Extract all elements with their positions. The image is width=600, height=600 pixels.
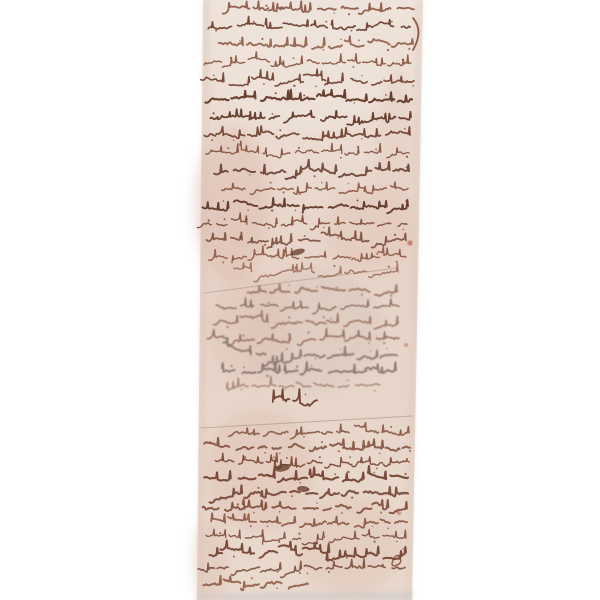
diacritic-dot bbox=[394, 234, 396, 236]
diacritic-dot bbox=[285, 389, 287, 391]
diacritic-dot bbox=[409, 450, 411, 452]
diacritic-dot bbox=[219, 532, 221, 534]
diacritic-dot bbox=[402, 59, 404, 61]
diacritic-dot bbox=[307, 331, 309, 333]
diacritic-dot bbox=[253, 512, 255, 514]
diacritic-dot bbox=[307, 21, 309, 23]
diacritic-dot bbox=[231, 365, 233, 367]
diacritic-dot bbox=[213, 112, 215, 114]
diacritic-dot bbox=[268, 474, 270, 476]
diacritic-dot bbox=[361, 75, 362, 76]
diacritic-dot bbox=[357, 146, 359, 148]
diacritic-dot bbox=[210, 441, 212, 443]
diacritic-dot bbox=[316, 286, 318, 288]
diacritic-dot bbox=[376, 468, 378, 470]
diacritic-dot bbox=[405, 200, 407, 202]
diacritic-dot bbox=[251, 577, 253, 579]
paper-stain bbox=[295, 495, 405, 595]
diacritic-dot bbox=[352, 66, 354, 68]
diacritic-dot bbox=[299, 482, 301, 484]
diacritic-dot bbox=[406, 156, 408, 158]
diacritic-dot bbox=[357, 200, 359, 202]
diacritic-dot bbox=[275, 92, 277, 94]
diacritic-dot bbox=[304, 235, 306, 237]
paper-stain bbox=[220, 8, 390, 132]
diacritic-dot bbox=[288, 333, 290, 335]
diacritic-dot bbox=[249, 174, 250, 175]
diacritic-dot bbox=[288, 284, 290, 286]
diacritic-dot bbox=[412, 85, 414, 87]
rust-spot bbox=[408, 241, 413, 246]
diacritic-dot bbox=[370, 351, 371, 352]
diacritic-dot bbox=[279, 511, 281, 513]
diacritic-dot bbox=[408, 48, 410, 50]
diacritic-dot bbox=[333, 265, 335, 267]
diacritic-dot bbox=[335, 517, 337, 519]
diacritic-dot bbox=[404, 473, 406, 475]
diacritic-dot bbox=[294, 586, 296, 588]
diacritic-dot bbox=[266, 375, 268, 377]
diacritic-dot bbox=[387, 49, 389, 51]
diacritic-dot bbox=[260, 130, 262, 132]
diacritic-dot bbox=[373, 472, 375, 474]
diacritic-dot bbox=[379, 453, 381, 455]
diacritic-dot bbox=[333, 12, 335, 14]
diacritic-dot bbox=[314, 175, 316, 177]
diacritic-dot bbox=[347, 471, 349, 473]
diacritic-dot bbox=[224, 218, 226, 220]
diacritic-dot bbox=[296, 365, 298, 367]
diacritic-dot bbox=[299, 300, 301, 302]
diacritic-dot bbox=[305, 394, 307, 396]
diacritic-dot bbox=[323, 49, 325, 51]
diacritic-dot bbox=[276, 65, 278, 67]
diacritic-dot bbox=[293, 57, 295, 59]
diacritic-dot bbox=[391, 21, 393, 23]
diacritic-dot bbox=[213, 75, 215, 77]
diacritic-dot bbox=[292, 176, 294, 178]
diacritic-dot bbox=[247, 210, 248, 211]
diacritic-dot bbox=[273, 457, 275, 459]
diacritic-dot bbox=[250, 351, 252, 353]
diacritic-dot bbox=[372, 526, 373, 527]
diacritic-dot bbox=[319, 456, 321, 458]
diacritic-dot bbox=[396, 541, 398, 543]
diacritic-dot bbox=[276, 587, 278, 589]
diacritic-dot bbox=[325, 21, 327, 23]
diacritic-dot bbox=[346, 557, 348, 559]
diacritic-dot bbox=[271, 210, 273, 212]
diacritic-dot bbox=[351, 30, 353, 32]
diacritic-dot bbox=[241, 389, 243, 391]
diacritic-dot bbox=[282, 191, 284, 193]
diacritic-dot bbox=[227, 147, 229, 149]
diacritic-dot bbox=[239, 40, 240, 41]
diacritic-dot bbox=[261, 38, 263, 40]
diacritic-dot bbox=[233, 140, 234, 141]
diacritic-dot bbox=[250, 525, 252, 527]
diacritic-dot bbox=[385, 94, 387, 96]
diacritic-dot bbox=[279, 129, 281, 131]
diacritic-dot bbox=[402, 548, 404, 550]
diacritic-dot bbox=[251, 317, 253, 319]
diacritic-dot bbox=[375, 149, 377, 151]
diacritic-dot bbox=[272, 113, 274, 115]
diacritic-dot bbox=[233, 556, 235, 558]
diacritic-dot bbox=[376, 253, 378, 255]
diacritic-dot bbox=[337, 237, 339, 239]
diacritic-dot bbox=[340, 38, 342, 40]
diacritic-dot bbox=[286, 457, 288, 459]
diacritic-dot bbox=[323, 227, 325, 229]
diacritic-dot bbox=[368, 342, 370, 344]
diacritic-dot bbox=[348, 13, 350, 15]
diacritic-dot bbox=[321, 182, 323, 184]
diacritic-dot bbox=[263, 83, 265, 85]
diacritic-dot bbox=[258, 487, 260, 489]
diacritic-dot bbox=[374, 390, 376, 392]
diacritic-dot bbox=[298, 147, 300, 149]
diacritic-dot bbox=[315, 86, 317, 88]
diacritic-dot bbox=[265, 5, 267, 7]
diacritic-dot bbox=[215, 30, 217, 32]
diacritic-dot bbox=[303, 436, 305, 438]
diacritic-dot bbox=[336, 111, 338, 113]
diacritic-dot bbox=[267, 525, 269, 527]
diacritic-dot bbox=[396, 261, 398, 263]
diacritic-dot bbox=[208, 219, 210, 221]
diacritic-dot bbox=[302, 218, 304, 220]
diacritic-dot bbox=[264, 244, 266, 246]
diacritic-dot bbox=[264, 452, 266, 454]
diacritic-dot bbox=[246, 218, 248, 220]
diacritic-dot bbox=[340, 157, 342, 159]
diacritic-dot bbox=[330, 318, 332, 320]
diacritic-dot bbox=[303, 95, 305, 97]
rust-spot bbox=[404, 343, 408, 347]
diacritic-dot bbox=[361, 294, 363, 296]
diacritic-dot bbox=[311, 365, 312, 366]
diacritic-dot bbox=[406, 166, 408, 168]
diacritic-dot bbox=[353, 442, 354, 443]
diacritic-dot bbox=[223, 335, 225, 337]
diacritic-dot bbox=[226, 326, 228, 328]
diacritic-dot bbox=[361, 138, 362, 139]
diacritic-dot bbox=[298, 533, 300, 535]
diacritic-dot bbox=[295, 210, 296, 211]
diacritic-dot bbox=[354, 102, 355, 103]
diacritic-dot bbox=[244, 456, 246, 458]
diacritic-dot bbox=[253, 21, 255, 23]
diacritic-dot bbox=[351, 497, 353, 499]
paper-stain bbox=[192, 518, 228, 600]
diacritic-dot bbox=[316, 542, 318, 544]
diacritic-dot bbox=[299, 572, 301, 574]
diacritic-dot bbox=[358, 39, 360, 41]
diacritic-dot bbox=[403, 229, 405, 231]
diacritic-dot bbox=[243, 366, 245, 368]
diacritic-dot bbox=[328, 571, 330, 573]
diacritic-dot bbox=[390, 294, 392, 296]
diacritic-dot bbox=[268, 227, 270, 229]
diacritic-dot bbox=[387, 528, 389, 530]
diacritic-dot bbox=[299, 193, 301, 195]
diacritic-dot bbox=[379, 203, 381, 205]
diacritic-dot bbox=[383, 342, 385, 344]
diacritic-dot bbox=[286, 348, 288, 350]
diacritic-dot bbox=[382, 564, 384, 566]
diacritic-dot bbox=[323, 316, 325, 318]
diacritic-dot bbox=[223, 200, 224, 201]
rust-spot bbox=[397, 511, 401, 515]
diacritic-dot bbox=[349, 456, 351, 458]
diacritic-dot bbox=[310, 113, 312, 115]
diacritic-dot bbox=[237, 503, 239, 505]
diacritic-dot bbox=[341, 512, 343, 514]
diacritic-dot bbox=[222, 261, 224, 263]
diacritic-dot bbox=[279, 453, 281, 455]
diacritic-dot bbox=[347, 380, 349, 382]
diacritic-dot bbox=[388, 266, 390, 268]
diacritic-dot bbox=[380, 512, 382, 514]
diacritic-dot bbox=[293, 85, 295, 87]
diacritic-dot bbox=[239, 236, 241, 238]
diacritic-dot bbox=[374, 541, 376, 543]
diacritic-dot bbox=[315, 358, 317, 360]
manuscript-svg bbox=[0, 0, 600, 600]
diacritic-dot bbox=[291, 495, 293, 497]
diacritic-dot bbox=[230, 57, 232, 59]
diacritic-dot bbox=[336, 287, 338, 289]
diacritic-dot bbox=[307, 573, 309, 575]
diacritic-dot bbox=[361, 120, 363, 122]
diacritic-dot bbox=[278, 541, 280, 543]
diacritic-dot bbox=[270, 182, 272, 184]
diacritic-dot bbox=[390, 426, 392, 428]
diacritic-dot bbox=[211, 139, 213, 141]
manuscript-photo bbox=[0, 0, 600, 600]
diacritic-dot bbox=[321, 441, 323, 443]
diacritic-dot bbox=[348, 183, 349, 184]
diacritic-dot bbox=[268, 302, 270, 304]
diacritic-dot bbox=[242, 334, 244, 336]
diacritic-dot bbox=[340, 349, 341, 350]
diacritic-dot bbox=[288, 316, 290, 318]
diacritic-dot bbox=[404, 128, 406, 130]
diacritic-dot bbox=[406, 458, 408, 460]
diacritic-dot bbox=[277, 571, 279, 573]
diacritic-dot bbox=[338, 450, 340, 452]
diacritic-dot bbox=[295, 267, 297, 269]
diacritic-dot bbox=[334, 473, 336, 475]
diacritic-dot bbox=[316, 503, 317, 504]
diacritic-dot bbox=[386, 348, 388, 350]
